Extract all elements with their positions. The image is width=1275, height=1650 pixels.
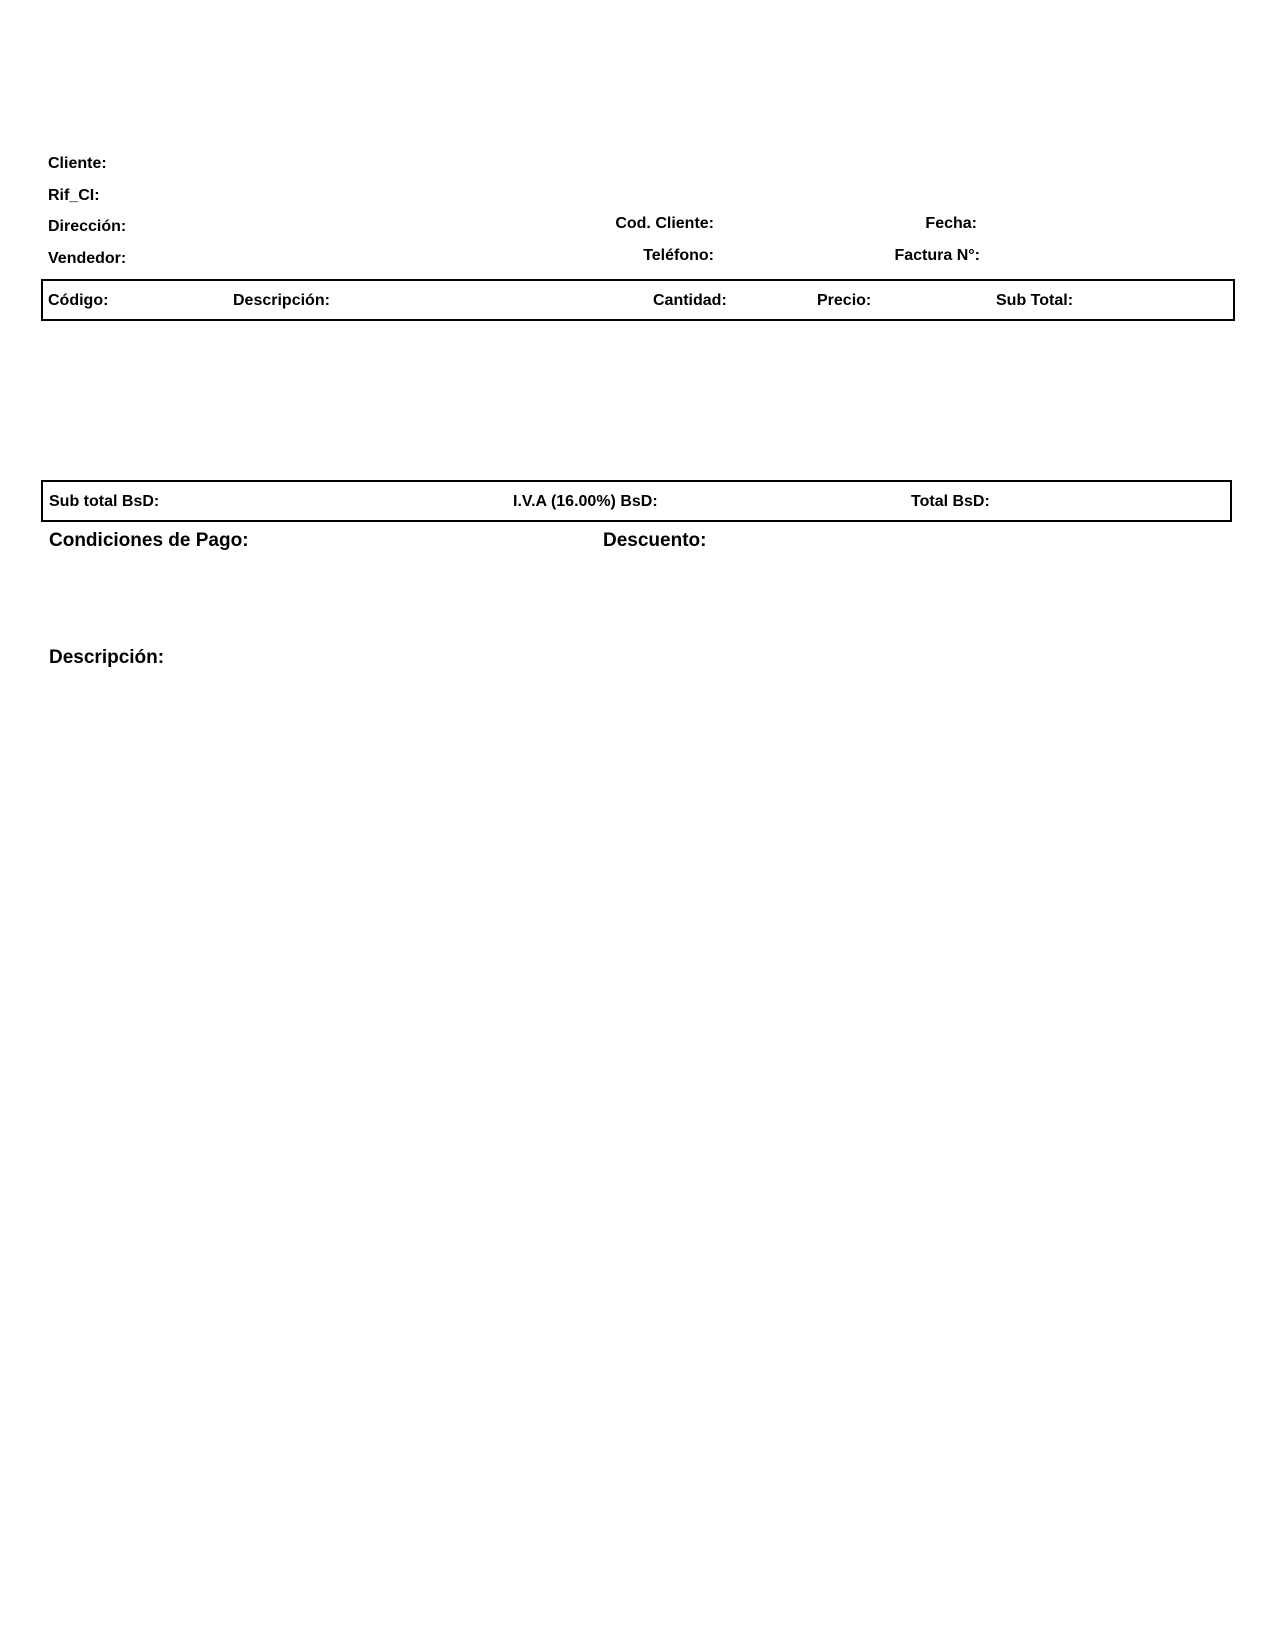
- rif-label: Rif_CI:: [48, 187, 100, 205]
- descuento-label: Descuento:: [603, 530, 706, 552]
- column-codigo: Código:: [48, 292, 108, 310]
- column-precio: Precio:: [817, 292, 871, 310]
- cliente-label: Cliente:: [48, 155, 107, 173]
- column-subtotal: Sub Total:: [996, 292, 1073, 310]
- cod-cliente-label: Cod. Cliente:: [560, 215, 714, 233]
- fecha-label: Fecha:: [820, 215, 977, 233]
- items-table-header: Código: Descripción: Cantidad: Precio: S…: [41, 279, 1235, 321]
- iva-label: I.V.A (16.00%) BsD:: [513, 493, 658, 511]
- condiciones-pago-label: Condiciones de Pago:: [49, 530, 249, 552]
- direccion-label: Dirección:: [48, 218, 126, 236]
- totals-box: Sub total BsD: I.V.A (16.00%) BsD: Total…: [41, 480, 1232, 522]
- total-label: Total BsD:: [911, 493, 990, 511]
- items-table-body: [41, 321, 1235, 479]
- descripcion-label: Descripción:: [49, 647, 164, 669]
- column-descripcion: Descripción:: [233, 292, 330, 310]
- telefono-label: Teléfono:: [560, 247, 714, 265]
- factura-label: Factura N°:: [820, 247, 980, 265]
- vendedor-label: Vendedor:: [48, 250, 126, 268]
- subtotal-label: Sub total BsD:: [49, 493, 159, 511]
- column-cantidad: Cantidad:: [653, 292, 727, 310]
